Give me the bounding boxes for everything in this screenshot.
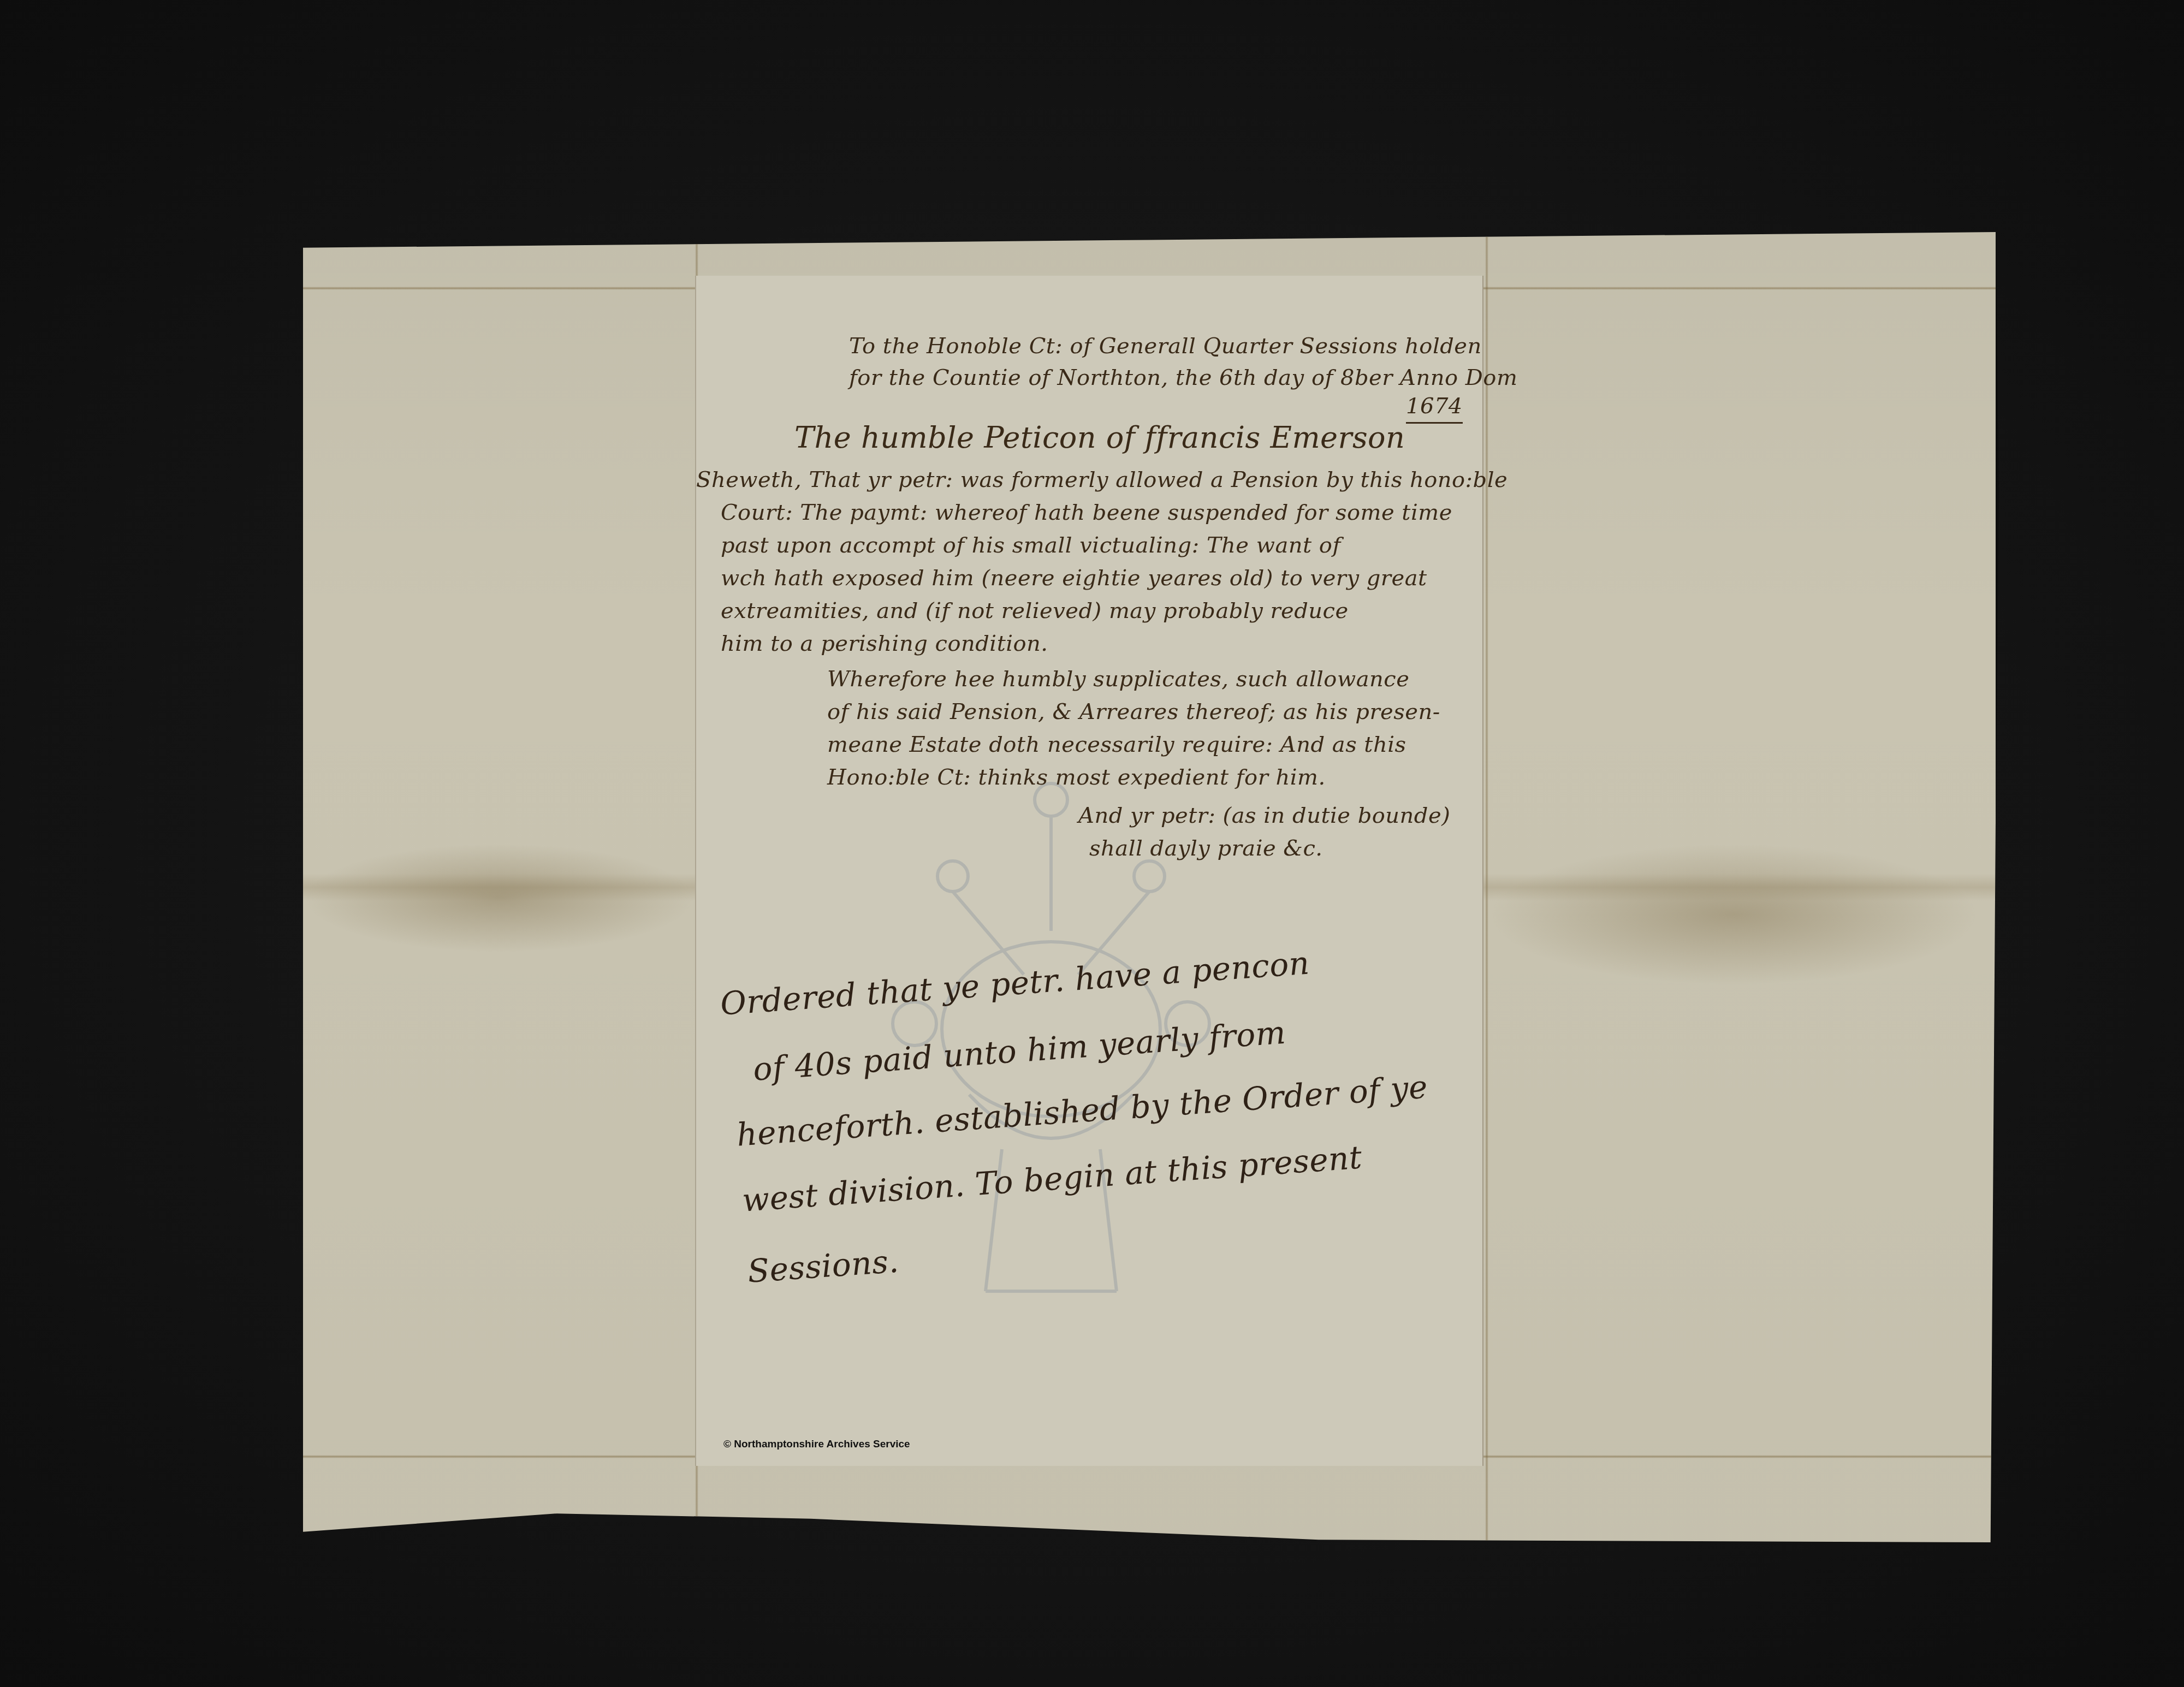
address-year: 1674 bbox=[1406, 390, 1463, 424]
stain-left bbox=[303, 843, 696, 953]
order-line-5: Sessions. bbox=[745, 1226, 901, 1306]
stain-right bbox=[1488, 843, 1979, 985]
closing-line-1: And yr petr: (as in dutie bounde) bbox=[1078, 800, 1450, 831]
body-line-2: Court: The paymt: whereof hath beene sus… bbox=[721, 497, 1452, 528]
body-line-1: Sheweth, That yr petr: was formerly allo… bbox=[696, 464, 1508, 496]
closing-line-2: shall dayly praie &c. bbox=[1089, 833, 1323, 864]
body-line-4: wch hath exposed him (neere eightie year… bbox=[721, 562, 1427, 594]
prayer-line-4: Hono:ble Ct: thinks most expedient for h… bbox=[827, 762, 1326, 793]
body-line-5: extreamities, and (if not relieved) may … bbox=[721, 595, 1349, 627]
address-line-1: To the Honoble Ct: of Generall Quarter S… bbox=[849, 330, 1482, 362]
body-line-3: past upon accompt of his small victualin… bbox=[721, 530, 1341, 561]
petition-panel: To the Honoble Ct: of Generall Quarter S… bbox=[695, 276, 1483, 1466]
prayer-line-1: Wherefore hee humbly supplicates, such a… bbox=[827, 663, 1409, 695]
prayer-line-2: of his said Pension, & Arreares thereof;… bbox=[827, 696, 1440, 728]
address-line-2: for the Countie of Northton, the 6th day… bbox=[849, 362, 1517, 394]
body-line-6: him to a perishing condition. bbox=[721, 628, 1048, 660]
prayer-line-3: meane Estate doth necessarily require: A… bbox=[827, 729, 1406, 761]
petition-title: The humble Peticon of ffrancis Emerson bbox=[794, 420, 1405, 455]
copyright-notice: © Northamptonshire Archives Service bbox=[723, 1439, 910, 1451]
manuscript-sheet: To the Honoble Ct: of Generall Quarter S… bbox=[303, 232, 1996, 1542]
